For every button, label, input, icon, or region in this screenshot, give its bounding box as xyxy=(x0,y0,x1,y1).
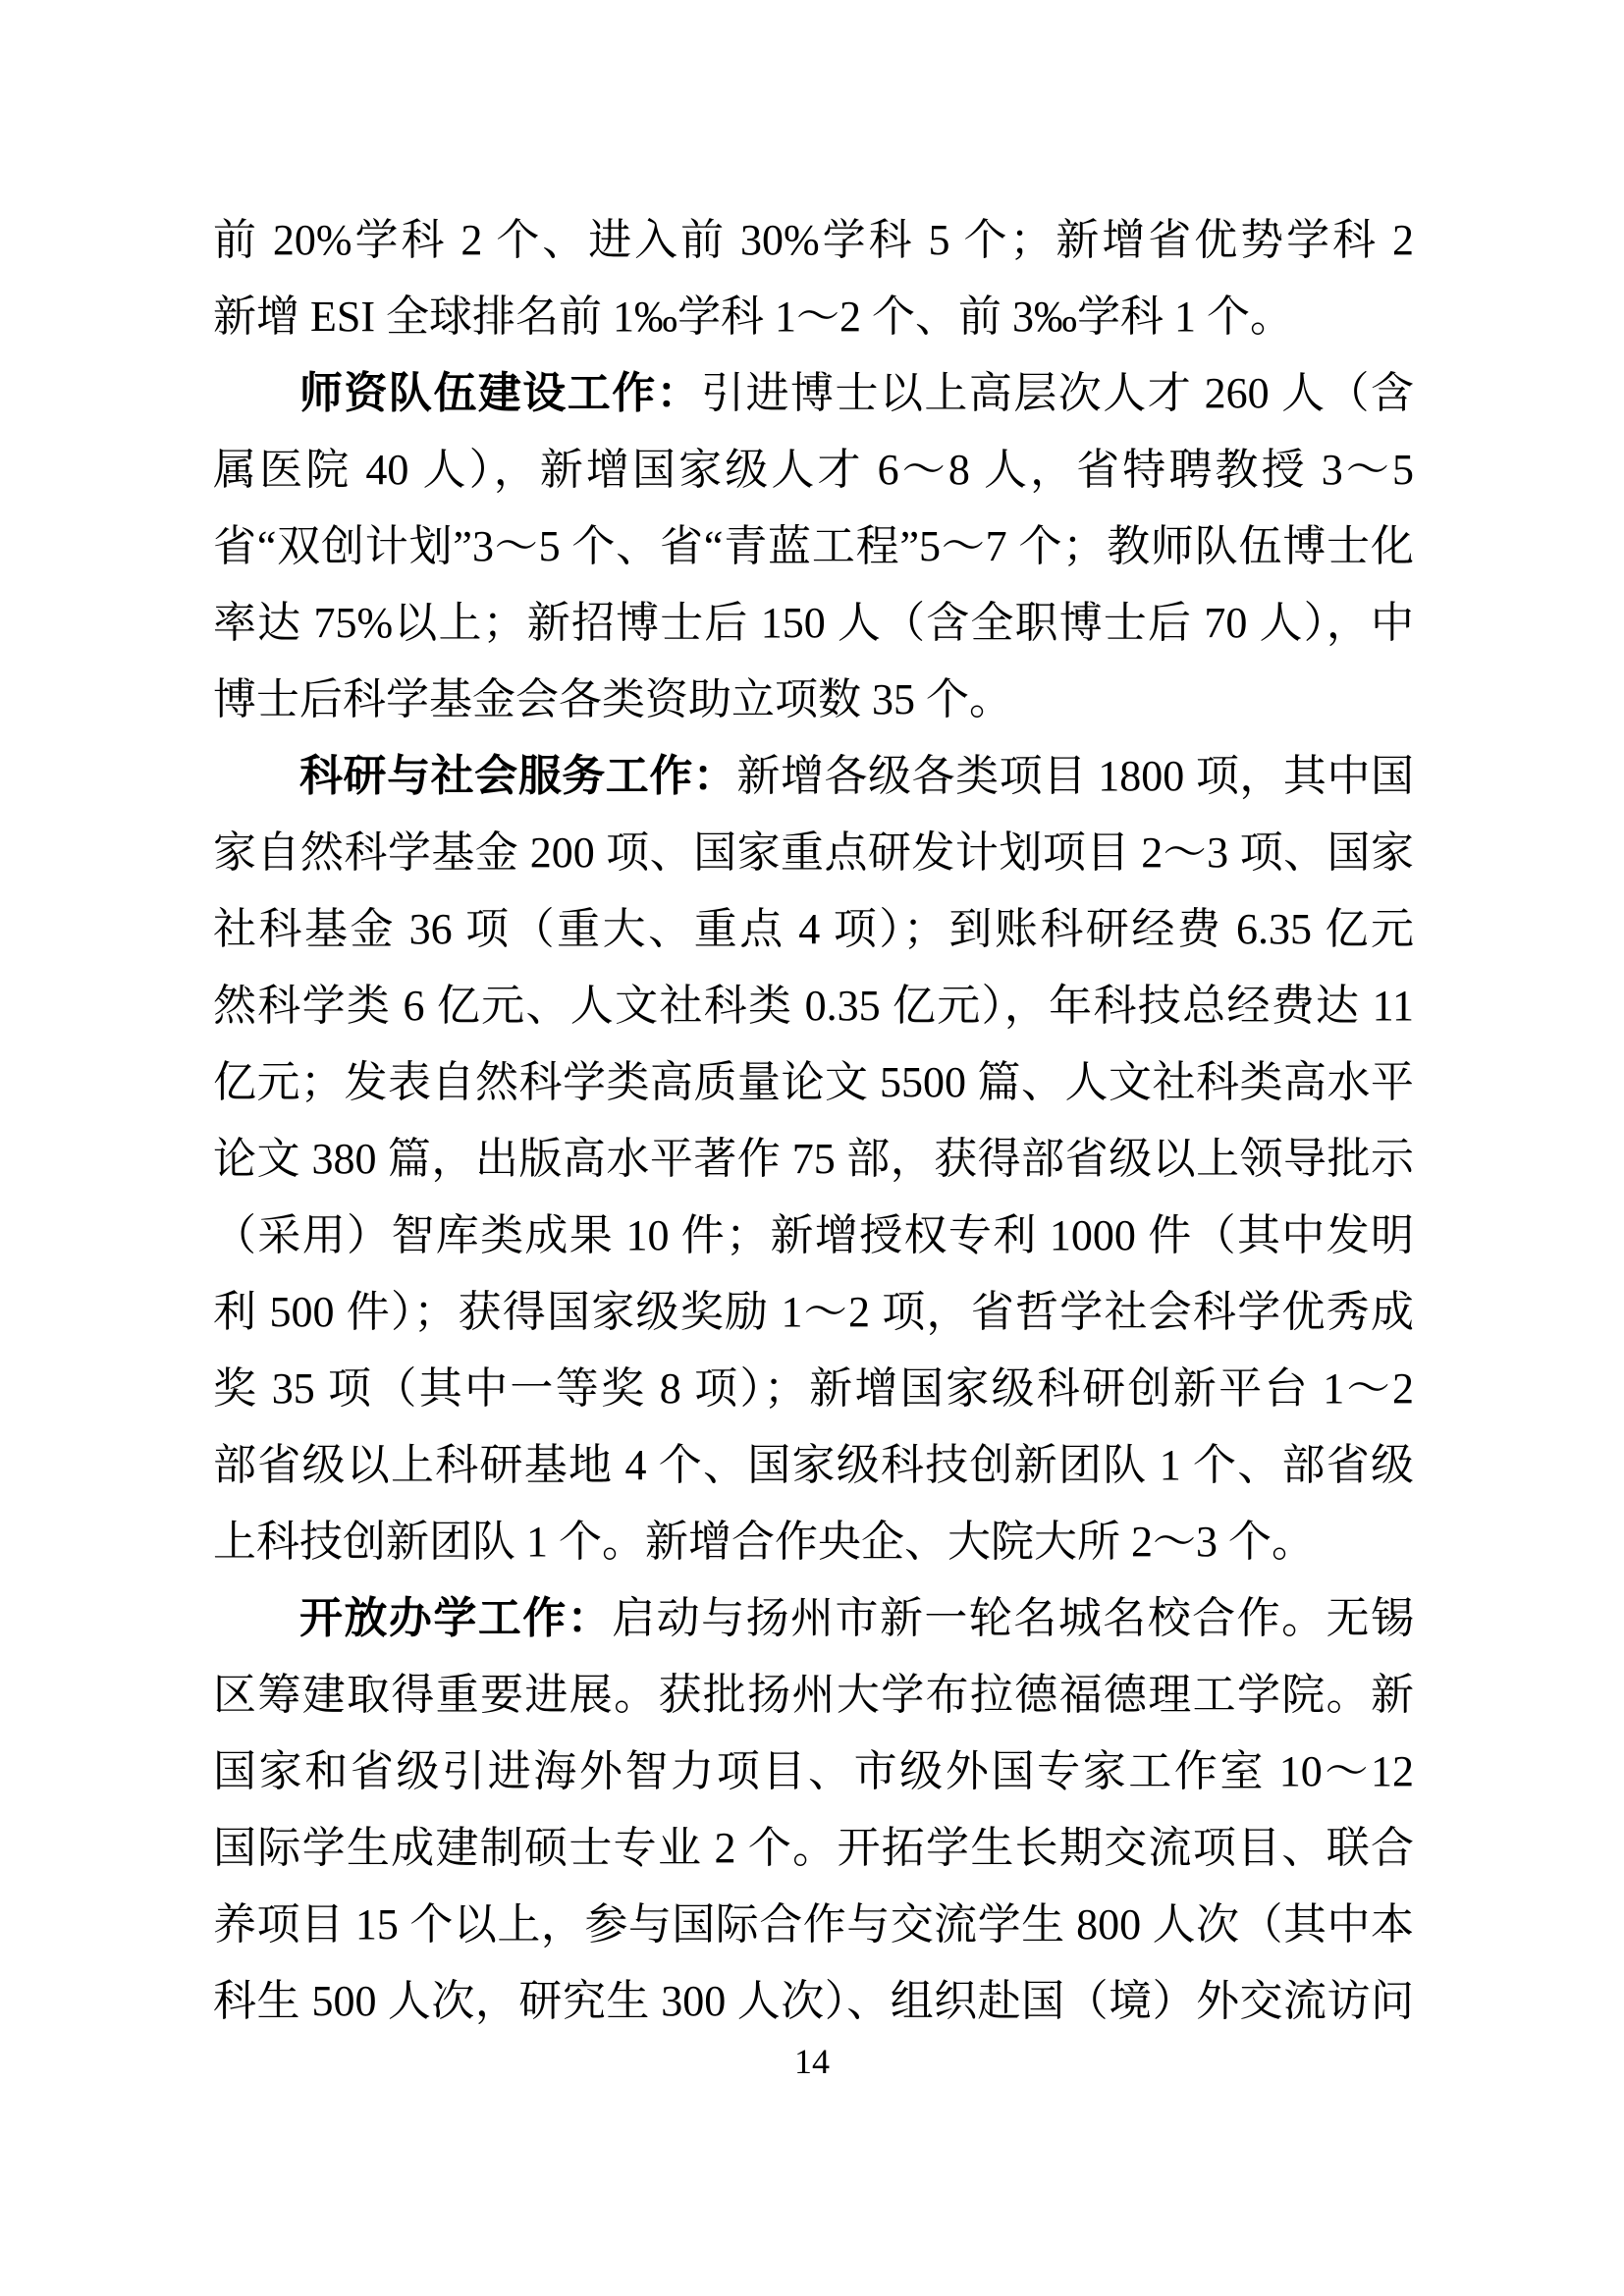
body-text: 前 20%学科 2 个、进入前 30%学科 5 个；新增省优势学科 2 个，新增… xyxy=(213,202,1414,2040)
document-page: 前 20%学科 2 个、进入前 30%学科 5 个；新增省优势学科 2 个，新增… xyxy=(0,0,1624,2296)
text-line: 科生 500 人次，研究生 300 人次）、组织赴国（境）外交流访问 xyxy=(213,1963,1414,2040)
text-line: 科研与社会服务工作：新增各级各类项目 1800 项，其中国 xyxy=(213,738,1414,815)
text-line: 省“双创计划”3～5 个、省“青蓝工程”5～7 个；教师队伍博士化 xyxy=(213,508,1414,585)
paragraph-lead: 开放办学工作： xyxy=(299,1594,612,1642)
text-line: 奖 35 项（其中一等奖 8 项）；新增国家级科研创新平台 1～2 个、 xyxy=(213,1351,1414,1427)
text-line: 国际学生成建制硕士专业 2 个。开拓学生长期交流项目、联合培 xyxy=(213,1810,1414,1887)
text-line: （采用）智库类成果 10 件；新增授权专利 1000 件（其中发明专 xyxy=(213,1198,1414,1274)
paragraph-research-and-social-service: 科研与社会服务工作：新增各级各类项目 1800 项，其中国家自然科学基金 200… xyxy=(213,738,1414,1580)
text-line: 博士后科学基金会各类资助立项数 35 个。 xyxy=(213,662,1414,738)
text-line: 前 20%学科 2 个、进入前 30%学科 5 个；新增省优势学科 2 个， xyxy=(213,202,1414,279)
text-line: 国家和省级引进海外智力项目、市级外国专家工作室 10～12 个， xyxy=(213,1734,1414,1810)
text-line: 养项目 15 个以上，参与国际合作与交流学生 800 人次（其中本 xyxy=(213,1887,1414,1963)
paragraph-lead: 师资队伍建设工作： xyxy=(299,369,701,417)
text-line: 论文 380 篇，出版高水平著作 75 部，获得部省级以上领导批示 xyxy=(213,1121,1414,1198)
text-line: 然科学类 6 亿元、人文社科类 0.35 亿元），年科技总经费达 11 xyxy=(213,968,1414,1044)
text-line: 开放办学工作：启动与扬州市新一轮名城名校合作。无锡校 xyxy=(213,1580,1414,1657)
paragraph-discipline-development-continued: 前 20%学科 2 个、进入前 30%学科 5 个；新增省优势学科 2 个，新增… xyxy=(213,202,1414,355)
text-line: 社科基金 36 项（重大、重点 4 项）；到账科研经费 6.35 亿元（自 xyxy=(213,891,1414,968)
text-line: 亿元；发表自然科学类高质量论文 5500 篇、人文社科类高水平 xyxy=(213,1044,1414,1121)
paragraph-lead: 科研与社会服务工作： xyxy=(299,752,736,800)
text-line: 家自然科学基金 200 项、国家重点研发计划项目 2～3 项、国家 xyxy=(213,815,1414,891)
page-number: 14 xyxy=(0,2040,1624,2083)
text-line: 区筹建取得重要进展。获批扬州大学布拉德福德理工学院。新增 xyxy=(213,1657,1414,1734)
text-line: 利 500 件）；获得国家级奖励 1～2 项，省哲学社会科学优秀成果 xyxy=(213,1274,1414,1351)
text-line: 率达 75%以上；新招博士后 150 人（含全职博士后 70 人），中国 xyxy=(213,585,1414,662)
text-line: 师资队伍建设工作：引进博士以上高层次人才 260 人（含附 xyxy=(213,355,1414,432)
text-line: 部省级以上科研基地 4 个、国家级科技创新团队 1 个、部省级以 xyxy=(213,1427,1414,1504)
text-line: 新增 ESI 全球排名前 1‰学科 1～2 个、前 3‰学科 1 个。 xyxy=(213,279,1414,355)
paragraph-open-education: 开放办学工作：启动与扬州市新一轮名城名校合作。无锡校区筹建取得重要进展。获批扬州… xyxy=(213,1580,1414,2040)
text-line: 上科技创新团队 1 个。新增合作央企、大院大所 2～3 个。 xyxy=(213,1504,1414,1580)
paragraph-faculty-team-building: 师资队伍建设工作：引进博士以上高层次人才 260 人（含附属医院 40 人），新… xyxy=(213,355,1414,738)
text-line: 属医院 40 人），新增国家级人才 6～8 人，省特聘教授 3～5 人、 xyxy=(213,432,1414,508)
